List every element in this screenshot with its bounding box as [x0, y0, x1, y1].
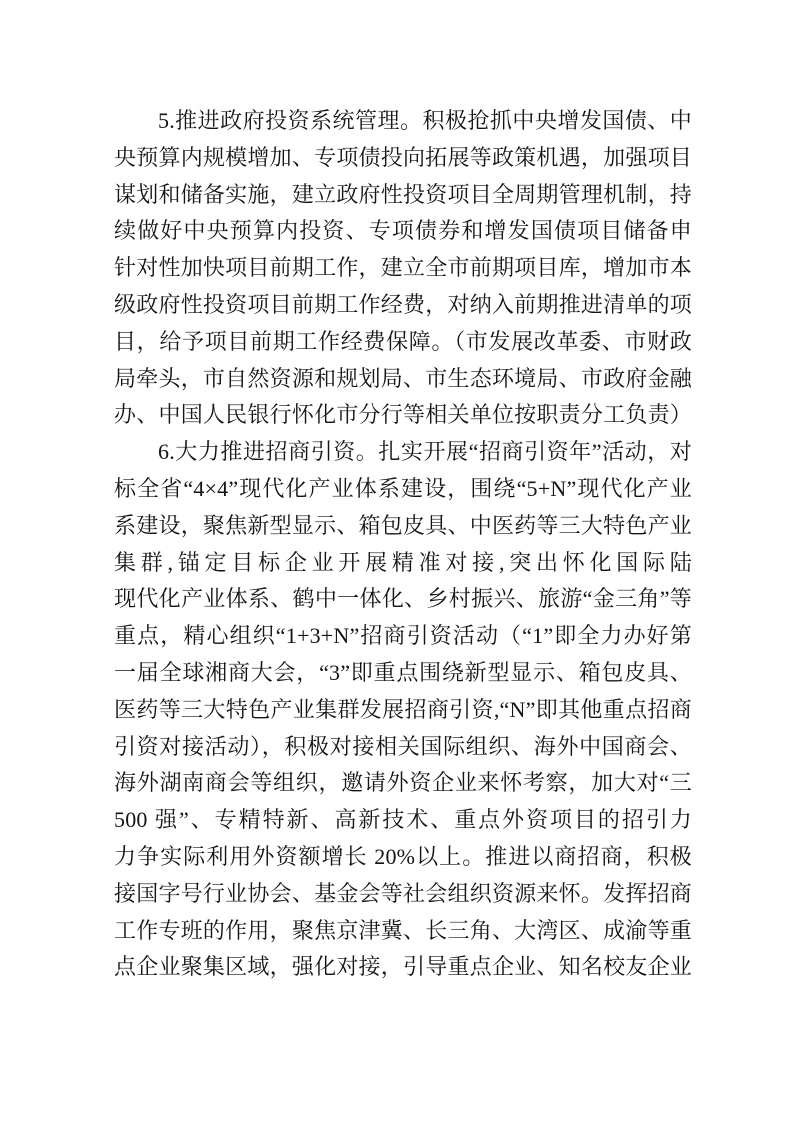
text-line: 现代化产业体系、鹤中一体化、乡村振兴、旅游“金三角”等 [114, 581, 692, 618]
text-line: 一届全球湘商大会，“3”即重点围绕新型显示、箱包皮具、中 [114, 655, 692, 692]
text-line: 500 强”、专精特新、高新技术、重点外资项目的招引力度， [114, 802, 692, 839]
text-line: 谋划和储备实施，建立政府性投资项目全周期管理机制，持 [114, 177, 692, 214]
text-line: 系建设，聚焦新型显示、箱包皮具、中医药等三大特色产业 [114, 508, 692, 545]
text-line: 局牵头，市自然资源和规划局、市生态环境局、市政府金融 [114, 361, 692, 398]
paragraph-6: 6.大力推进招商引资。扎实开展“招商引资年”活动，对 标全省“4×4”现代化产业… [114, 434, 692, 986]
document-page: 5.推进政府投资系统管理。积极抢抓中央增发国债、中 央预算内规模增加、专项债投向… [0, 0, 793, 1122]
text-line: 针对性加快项目前期工作，建立全市前期项目库，增加市本 [114, 250, 692, 287]
text-line: 标全省“4×4”现代化产业体系建设，围绕“5+N”现代化产业体 [114, 471, 692, 508]
text-line: 引资对接活动），积极对接相关国际组织、海外中国商会、 [114, 729, 692, 766]
text-line: 力争实际利用外资额增长 20%以上。推进以商招商，积极链 [114, 839, 692, 876]
text-line: 点企业聚集区域，强化对接，引导重点企业、知名校友企业 [114, 949, 692, 986]
text-line: 海外湖南商会等组织，邀请外资企业来怀考察，加大对“三类 [114, 765, 692, 802]
text-line: 5.推进政府投资系统管理。积极抢抓中央增发国债、中 [114, 103, 692, 140]
text-line: 接国字号行业协会、基金会等社会组织资源来怀。发挥招商 [114, 876, 692, 913]
text-line: 级政府性投资项目前期工作经费，对纳入前期推进清单的项 [114, 287, 692, 324]
text-line: 续做好中央预算内投资、专项债券和增发国债项目储备申报。 [114, 213, 692, 250]
text-line: 6.大力推进招商引资。扎实开展“招商引资年”活动，对 [114, 434, 692, 471]
text-line: 集群,锚定目标企业开展精准对接,突出怀化国际陆港、“5+N” [114, 545, 692, 582]
paragraph-5: 5.推进政府投资系统管理。积极抢抓中央增发国债、中 央预算内规模增加、专项债投向… [114, 103, 692, 434]
text-line: 办、中国人民银行怀化市分行等相关单位按职责分工负责） [114, 397, 692, 434]
document-body: 5.推进政府投资系统管理。积极抢抓中央增发国债、中 央预算内规模增加、专项债投向… [114, 103, 692, 986]
text-line: 目，给予项目前期工作经费保障。（市发展改革委、市财政 [114, 324, 692, 361]
text-line: 医药等三大特色产业集群发展招商引资,“N”即其他重点招商 [114, 692, 692, 729]
text-line: 工作专班的作用，聚焦京津冀、长三角、大湾区、成渝等重 [114, 913, 692, 950]
text-line: 央预算内规模增加、专项债投向拓展等政策机遇，加强项目 [114, 140, 692, 177]
text-line: 重点，精心组织“1+3+N”招商引资活动（“1”即全力办好第十 [114, 618, 692, 655]
